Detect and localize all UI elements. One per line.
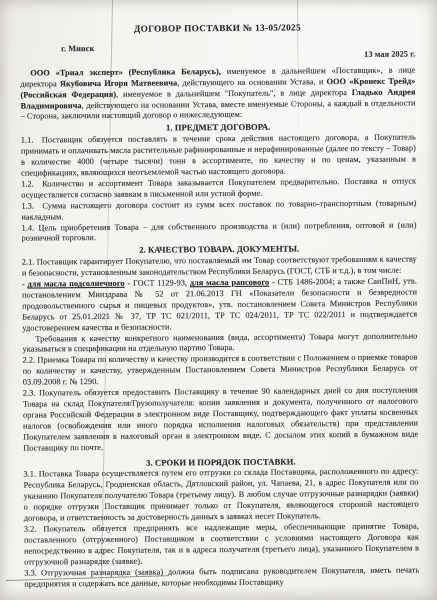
preamble-paragraph: ООО «Триал эксперт» (Республика Беларусь… — [20, 65, 415, 123]
clause-1-2: 1.2. Количество и ассортимент Товара зак… — [21, 176, 416, 201]
clause-2-1: 2.1. Поставщик гарантирует Покупателю, ч… — [22, 255, 417, 280]
standards-text-1: - ГОСТ 1129-93, — [125, 278, 190, 288]
clause-3-3: 3.3. Отгрузочная разнарядка (заявка) дол… — [24, 565, 419, 590]
clause-2-1-standards: - для масла подсолнечного - ГОСТ 1129-93… — [22, 276, 417, 334]
clause-2-3: 2.3. Покупатель обязуется предоставить П… — [23, 386, 419, 455]
preamble-text-2: , действующего на основании Устава, и — [177, 77, 326, 87]
contract-content: ДОГОВОР ПОСТАВКИ № 13-05/2025 г. Минск 1… — [0, 0, 437, 590]
sunflower-oil-standard-label: для масла подсолнечного — [27, 279, 124, 289]
preamble-text-3: , именуемое в дальнейшем "Покупатель", в… — [116, 88, 352, 99]
clause-1-4: 1.4. Цель приобретения Товара – для собс… — [21, 220, 416, 245]
date-label: 13 мая 2025 г. — [364, 49, 415, 60]
supplier-name: ООО «Триал эксперт» (Республика Беларусь… — [30, 67, 221, 77]
clause-1-1: 1.1. Поставщик обязуется поставлять в те… — [21, 133, 416, 180]
clause-1-3: 1.3. Сумма настоящего договора состоит и… — [21, 198, 416, 223]
clause-2-1-requirements: Требования к качеству конкретного наимен… — [22, 331, 417, 356]
contract-title: ДОГОВОР ПОСТАВКИ № 13-05/2025 — [20, 21, 415, 35]
meta-row: г. Минск 13 мая 2025 г. — [20, 41, 415, 63]
clause-3-1: 3.1. Поставка Товара осуществляется путе… — [23, 467, 418, 525]
clause-3-2: 3.2. Покупатель обязуется предпринять вс… — [24, 521, 419, 568]
city-label: г. Минск — [61, 44, 94, 55]
clause-2-2: 2.2. Приемка Товара по количеству и каче… — [22, 353, 417, 389]
supplier-director-name: Якубовича Игоря Матвеевича — [60, 78, 177, 88]
rapeseed-oil-standard-label: для масла рапсового — [190, 278, 269, 288]
contract-page: ДОГОВОР ПОСТАВКИ № 13-05/2025 г. Минск 1… — [0, 0, 437, 600]
